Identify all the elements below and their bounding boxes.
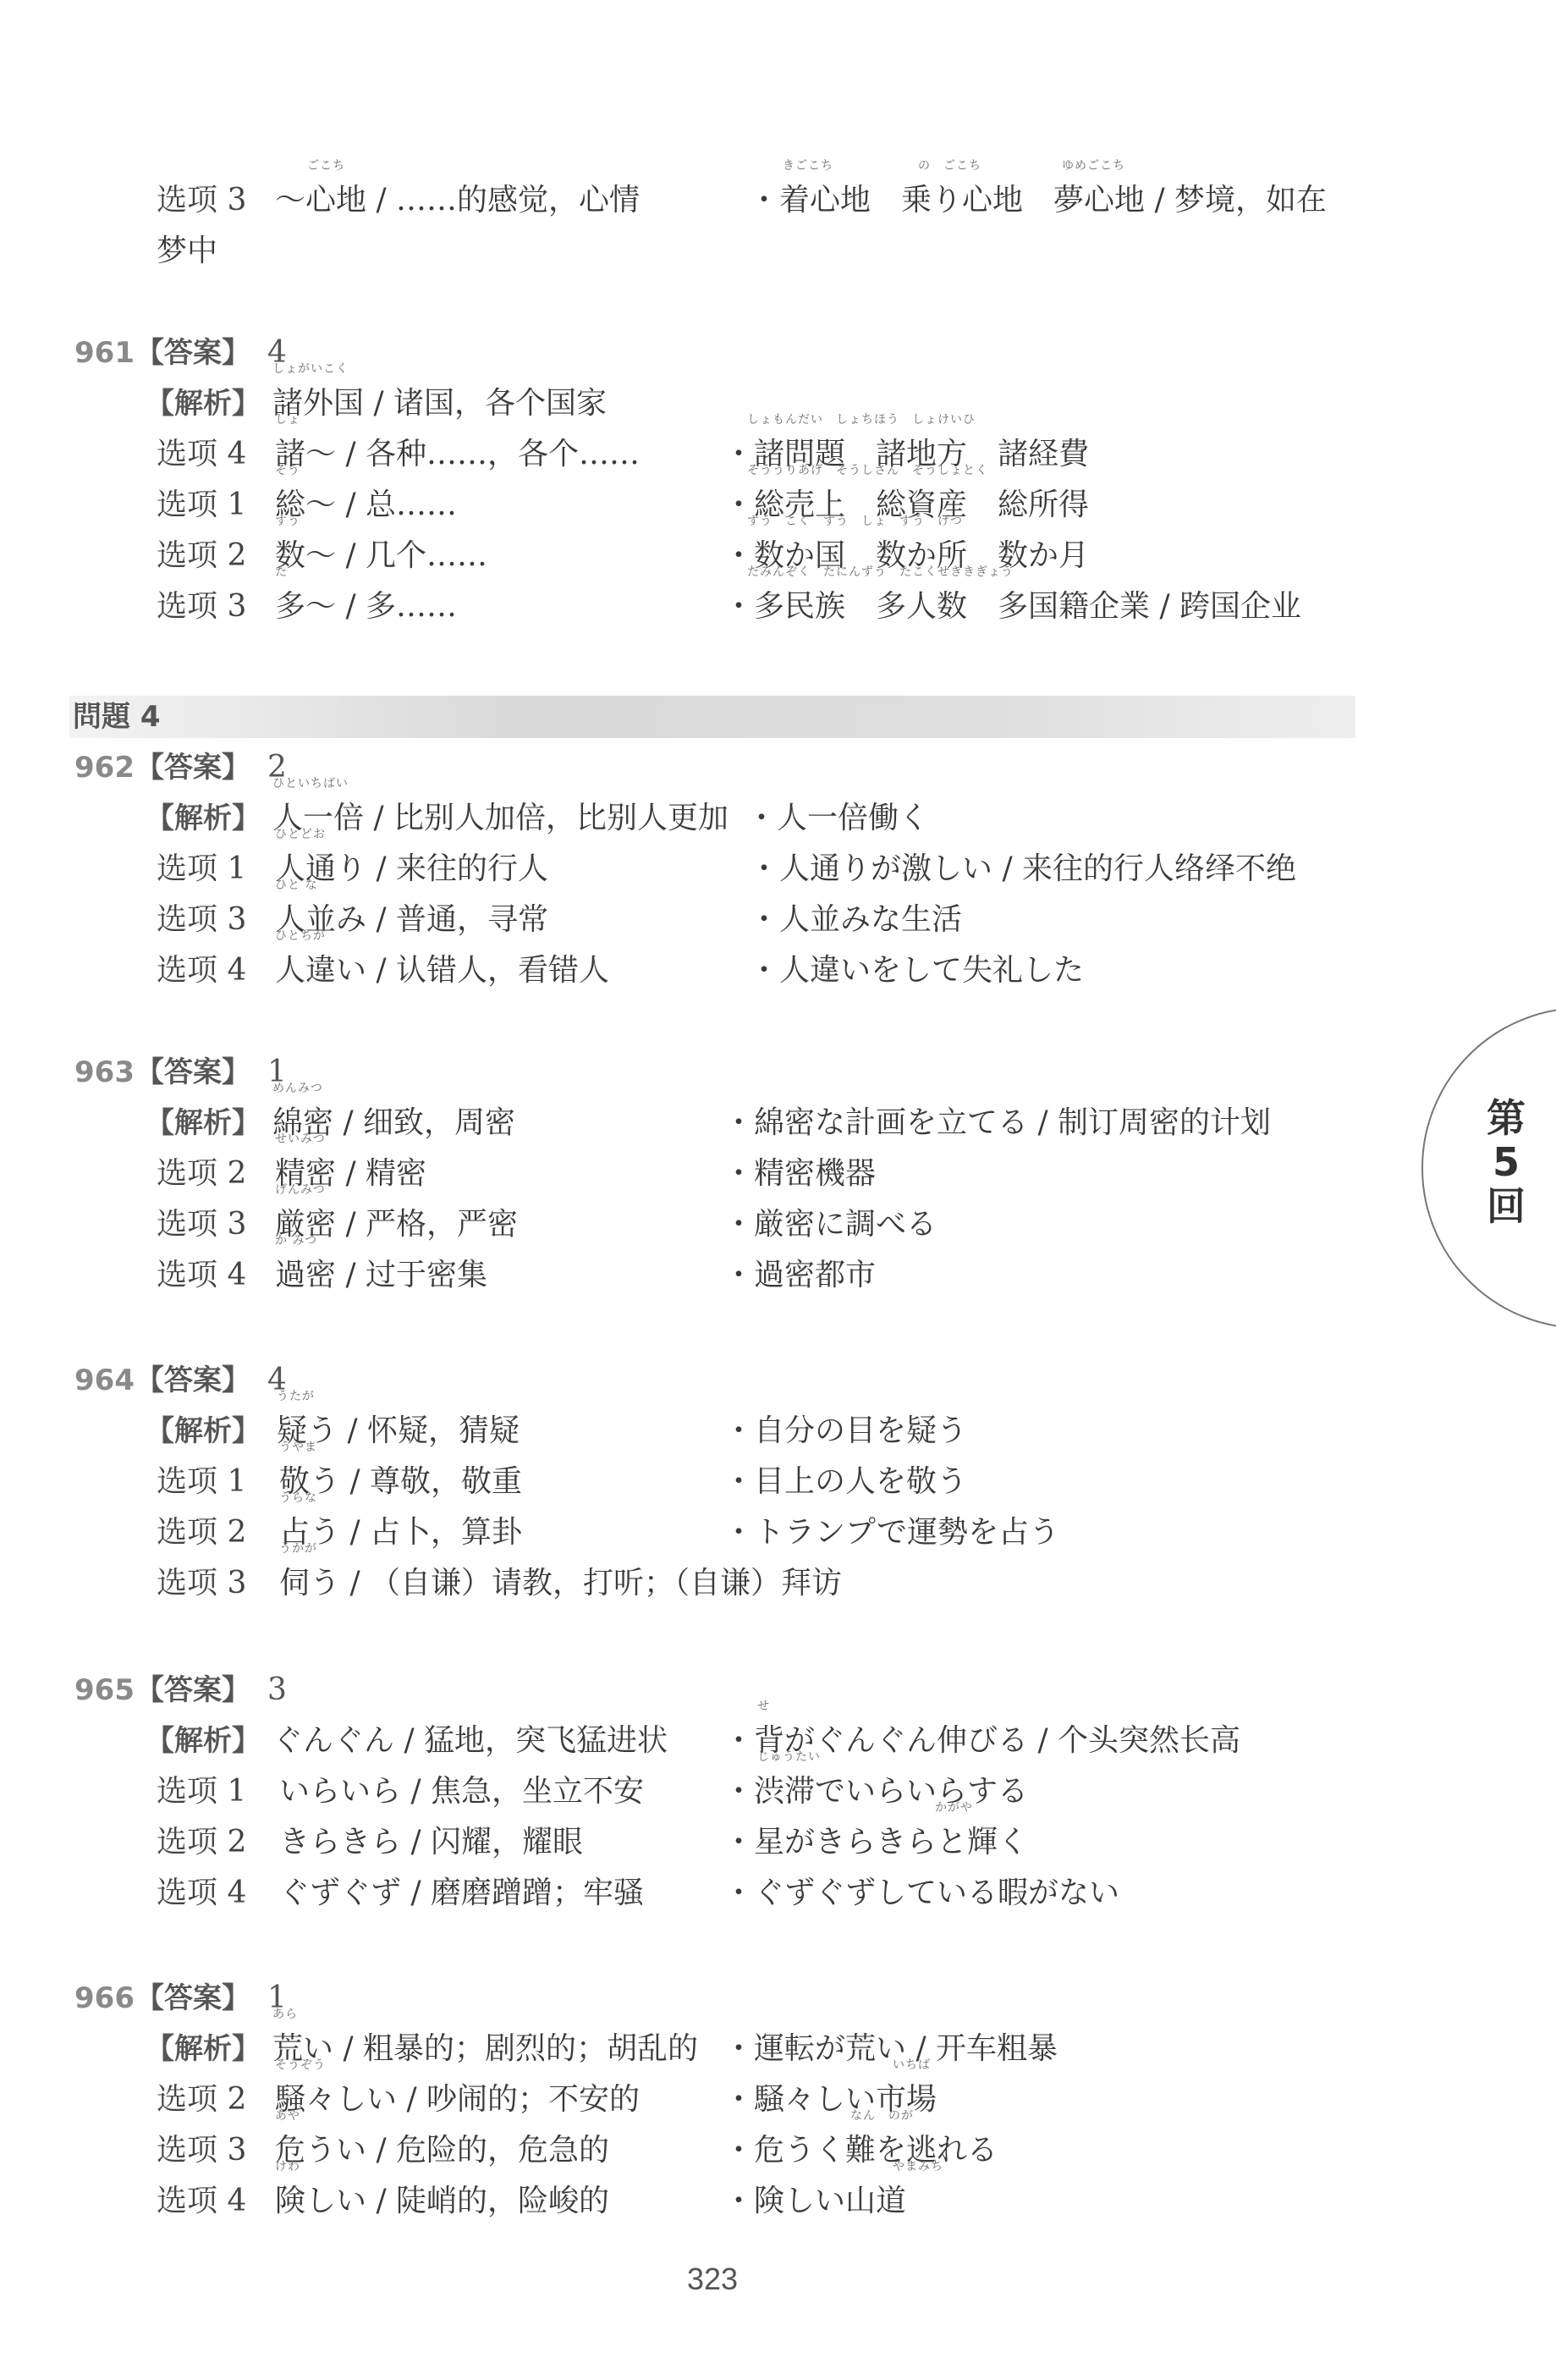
option-example: たみんぞく たにんずう たこくせききぎょう・多民族 多人数 多国籍企業 / 跨国…	[723, 581, 1301, 633]
ruby-reading: あら	[272, 2008, 298, 2021]
answer-value: 3	[267, 1664, 287, 1716]
option-label: 选项 4	[157, 2175, 246, 2228]
option-row: 选项 1 いらいら / 焦急，坐立不安 じゅうたい・渋滞でいらいらする	[157, 1766, 1375, 1818]
option-example: ・精密機器	[723, 1148, 876, 1200]
term-text: 数～ / 几个……	[275, 538, 487, 573]
example-text: ・星がきらきらと輝く	[723, 1825, 1028, 1859]
option-label: 选项 4	[157, 945, 246, 997]
option-label: 选项 1	[157, 479, 246, 532]
example-text: ・危うく難を逃れる	[723, 2133, 998, 2168]
ruby-reading: やまみち	[893, 2160, 943, 2173]
answer-label: 【答案】	[135, 1354, 250, 1407]
option-label: 选项 2	[157, 1148, 246, 1200]
option-term: けわ険しい / 陡峭的，险峻的	[275, 2175, 609, 2228]
option-row: 选项 2 せいみつ精密 / 精密 ・精密機器	[157, 1148, 1375, 1200]
ruby-reading: ひといちばい	[272, 777, 349, 791]
ruby-reading: かがや	[935, 1801, 973, 1815]
option-term: か みつ過密 / 过于密集	[275, 1249, 487, 1302]
chapter-label-line: 第	[1481, 1096, 1531, 1140]
analysis-term: ひといちばい人一倍 / 比别人加倍，比别人更加	[272, 792, 729, 845]
analysis-label: 【解析】	[146, 1405, 261, 1457]
term-text: 騒々しい / 吵闹的；不安的	[275, 2082, 640, 2117]
option-term: そう総～ / 总……	[275, 479, 457, 532]
analysis-example: ・人一倍働く	[746, 792, 929, 845]
option-row: 选项 4 けわ険しい / 陡峭的，险峻的 やまみち・険しい山道	[157, 2175, 1375, 2228]
option-example: ・目上の人を敬う	[723, 1456, 967, 1508]
ruby-reading: すう	[275, 515, 300, 528]
option-label: 选项 4	[157, 428, 246, 481]
option-label: 选项 3	[157, 894, 246, 946]
example-text: ・多民族 多人数 多国籍企業 / 跨国企业	[723, 589, 1301, 624]
term-text: ～心地 / ……的感觉，心情	[275, 183, 640, 218]
option-term: そうぞう騒々しい / 吵闹的；不安的	[275, 2074, 640, 2126]
option-label: 选项 4	[157, 1249, 246, 1302]
option-label: 选项 2	[157, 2074, 246, 2126]
option-example: やまみち・険しい山道	[723, 2175, 906, 2228]
option-term: ぐずぐず / 磨磨蹭蹭；牢骚	[279, 1867, 644, 1920]
option-row: 选项 3 げんみつ厳密 / 严格，严密 ・厳密に調べる	[157, 1198, 1375, 1251]
ruby-reading: せ	[757, 1700, 770, 1713]
option-row: 选项 2 うらな占う / 占卜，算卦 ・トランプで運勢を占う	[157, 1507, 1375, 1559]
option-label: 选项 2	[157, 1816, 246, 1869]
option-example: なん のが・危うく難を逃れる	[723, 2124, 998, 2177]
ruby-reading: ゆめごこち	[1062, 159, 1125, 173]
ruby-reading: そう	[275, 464, 300, 477]
option-row: 选项 3 あや危うい / 危险的，危急的 なん のが・危うく難を逃れる	[157, 2124, 1375, 2177]
option-example: きごこち の ごこち ゆめごこち ・着心地 乗り心地 夢心地 / 梦境，如在	[749, 174, 1327, 227]
ruby-reading: か みつ	[275, 1234, 317, 1248]
option-example: じゅうたい・渋滞でいらいらする	[723, 1766, 1028, 1818]
example-text: ・着心地 乗り心地 夢心地 / 梦境，如在	[749, 183, 1327, 218]
question-966-analysis: 【解析】 あら荒い / 粗暴的；剧烈的；胡乱的 ・運転が荒い / 开车粗暴	[146, 2023, 1364, 2075]
option-example: ・ぐずぐずしている暇がない	[723, 1867, 1119, 1920]
option-label: 选项 3	[157, 2124, 246, 2177]
option-term: ひとちが人違い / 认错人，看错人	[275, 945, 609, 997]
option-label: 选项 3	[157, 1198, 246, 1251]
analysis-term: しょがいこく 諸外国 / 诸国，各个国家	[272, 377, 607, 430]
ruby-reading: ひとちが	[275, 929, 326, 943]
analysis-example: ・運転が荒い / 开车粗暴	[723, 2023, 1058, 2075]
term-text: 多～ / 多……	[275, 589, 457, 624]
option-term: ごこち ～心地 / ……的感觉，心情	[275, 174, 640, 227]
book-page: 选项 3 ごこち ～心地 / ……的感觉，心情 きごこち の ごこち ゆめごこち…	[0, 0, 1556, 2380]
option-term: いらいら / 焦急，坐立不安	[279, 1766, 644, 1818]
answer-label: 【答案】	[135, 327, 250, 379]
option-example: ・過密都市	[723, 1249, 876, 1302]
option-label: 选项 1	[157, 1766, 246, 1818]
ruby-reading: すう こく すう しょ すう げつ	[747, 515, 963, 528]
chapter-tab: 第 5 回	[1388, 1007, 1556, 1337]
analysis-example: ・綿密な計画を立てる / 制订周密的计划	[723, 1097, 1271, 1149]
ruby-reading: うたが	[277, 1390, 315, 1403]
option-row: 选项 1 ひとどお人通り / 来往的行人 ・人通りが激しい / 来往的行人络绎不…	[157, 843, 1375, 895]
option-label: 选项 2	[157, 1507, 246, 1559]
question-963-analysis: 【解析】 めんみつ綿密 / 细致，周密 ・綿密な計画を立てる / 制订周密的计划	[146, 1097, 1364, 1149]
ruby-reading: めんみつ	[272, 1082, 323, 1095]
ruby-reading: うらな	[279, 1491, 317, 1505]
ruby-reading: じゅうたい	[757, 1750, 821, 1764]
option-label: 选项 1	[157, 843, 246, 895]
ruby-reading: あや	[275, 2109, 300, 2123]
term-text: 人違い / 认错人，看错人	[275, 953, 609, 988]
option-example: ・人通りが激しい / 来往的行人络绎不绝	[749, 843, 1296, 895]
question-number: 962	[74, 741, 135, 794]
analysis-label: 【解析】	[146, 2023, 261, 2075]
ruby-reading: しょ	[275, 413, 300, 427]
continuation-row: 选项 3 ごこち ～心地 / ……的感觉，心情 きごこち の ごこち ゆめごこち…	[157, 174, 1375, 227]
option-label: 选项 4	[157, 1867, 246, 1920]
term-text: 総～ / 总……	[275, 488, 457, 522]
term-text: 人一倍 / 比别人加倍，比别人更加	[272, 801, 729, 835]
chapter-label-line: 5	[1481, 1140, 1531, 1184]
ruby-reading: なん のが	[850, 2109, 914, 2123]
example-text: ・険しい山道	[723, 2184, 906, 2218]
ruby-reading: そううりあげ そうしさん そうしょとく	[747, 464, 988, 477]
option-row: 选项 1 うやま敬う / 尊敬，敬重 ・目上の人を敬う	[157, 1456, 1375, 1508]
question-number: 966	[74, 1972, 135, 2025]
term-text: 諸外国 / 诸国，各个国家	[272, 386, 607, 421]
analysis-term: あら荒い / 粗暴的；剧烈的；胡乱的	[272, 2023, 698, 2075]
option-row: 选项 4 ぐずぐず / 磨磨蹭蹭；牢骚 ・ぐずぐずしている暇がない	[157, 1867, 1375, 1920]
term-text: 険しい / 陡峭的，险峻的	[275, 2184, 609, 2218]
option-row: 选项 2 そうぞう騒々しい / 吵闹的；不安的 いちば・騒々しい市場	[157, 2074, 1375, 2126]
ruby-reading: いちば	[893, 2058, 931, 2072]
term-text: 荒い / 粗暴的；剧烈的；胡乱的	[272, 2031, 698, 2066]
chapter-label-line: 回	[1481, 1184, 1531, 1228]
option-row: 选项 4 か みつ過密 / 过于密集 ・過密都市	[157, 1249, 1375, 1302]
option-label: 选项 3	[157, 174, 246, 227]
term-text: 危うい / 危险的，危急的	[275, 2133, 609, 2168]
ruby-reading: げんみつ	[275, 1183, 326, 1197]
ruby-reading: うやま	[279, 1441, 317, 1454]
option-row: 选项 3 た多～ / 多…… たみんぞく たにんずう たこくせききぎょう・多民族…	[157, 581, 1375, 633]
page-number: 323	[687, 2262, 738, 2297]
analysis-label: 【解析】	[146, 377, 261, 430]
option-example: ・厳密に調べる	[723, 1198, 937, 1251]
option-label: 选项 3	[157, 1557, 246, 1610]
ruby-reading: そうぞう	[275, 2058, 326, 2072]
option-row: 选项 3 うかが伺う / （自谦）请教，打听；（自谦）拜访	[157, 1557, 1375, 1610]
ruby-reading: た	[275, 565, 288, 579]
ruby-reading: ひとどお	[275, 828, 326, 841]
question-964-analysis: 【解析】 うたが疑う / 怀疑，猜疑 ・自分の目を疑う	[146, 1405, 1364, 1457]
option-label: 选项 1	[157, 1456, 246, 1508]
answer-label: 【答案】	[135, 741, 250, 794]
option-term: うかが伺う / （自谦）请教，打听；（自谦）拜访	[279, 1557, 842, 1610]
ruby-reading: ごこち	[307, 159, 345, 173]
option-row: 选项 4 ひとちが人違い / 认错人，看错人 ・人違いをして失礼した	[157, 945, 1375, 997]
option-row: 选项 3 ひと な人並み / 普通，寻常 ・人並みな生活	[157, 894, 1375, 946]
question-number: 963	[74, 1046, 135, 1099]
option-row: 选项 2 きらきら / 闪耀，耀眼 かがや・星がきらきらと輝く	[157, 1816, 1375, 1869]
option-term: すう数～ / 几个……	[275, 530, 487, 582]
option-label: 选项 3	[157, 581, 246, 633]
ruby-reading: きごこち	[783, 159, 833, 173]
analysis-label: 【解析】	[146, 792, 261, 845]
question-962-analysis: 【解析】 ひといちばい人一倍 / 比别人加倍，比别人更加 ・人一倍働く	[146, 792, 1364, 845]
section-title: 問題 4	[73, 694, 161, 740]
option-term: た多～ / 多……	[275, 581, 457, 633]
answer-label: 【答案】	[135, 1972, 250, 2025]
ruby-reading: たみんぞく たにんずう たこくせききぎょう	[747, 565, 1014, 579]
answer-label: 【答案】	[135, 1046, 250, 1099]
ruby-reading: せいみつ	[275, 1132, 326, 1146]
ruby-reading: けわ	[275, 2160, 300, 2173]
ruby-reading: の ごこち	[918, 159, 981, 173]
analysis-example: ・自分の目を疑う	[723, 1405, 967, 1457]
option-term: きらきら / 闪耀，耀眼	[279, 1816, 583, 1869]
ruby-reading: ひと な	[275, 879, 317, 892]
analysis-label: 【解析】	[146, 1097, 261, 1149]
ruby-reading: しょがいこく	[272, 362, 349, 376]
example-text: ・渋滞でいらいらする	[723, 1774, 1028, 1809]
term-text: 伺う / （自谦）请教，打听；（自谦）拜访	[279, 1566, 842, 1600]
option-term: しょ諸～ / 各种……，各个……	[275, 428, 640, 481]
section-header-band	[69, 696, 1355, 738]
answer-label: 【答案】	[135, 1664, 250, 1716]
question-number: 965	[74, 1664, 135, 1716]
term-text: 諸～ / 各种……，各个……	[275, 437, 640, 471]
analysis-term: ぐんぐん / 猛地，突飞猛进状	[272, 1715, 668, 1767]
option-example: ・トランプで運勢を占う	[723, 1507, 1059, 1559]
question-965-analysis: 【解析】 ぐんぐん / 猛地，突飞猛进状 せ・背がぐんぐん伸びる / 个头突然长…	[146, 1715, 1364, 1767]
ruby-reading: しょもんだい しょちほう しょけいひ	[747, 413, 976, 427]
option-label: 选项 2	[157, 530, 246, 582]
term-text: 過密 / 过于密集	[275, 1258, 487, 1292]
option-example: ・人並みな生活	[749, 894, 962, 946]
analysis-label: 【解析】	[146, 1715, 261, 1767]
question-number: 964	[74, 1354, 135, 1407]
ruby-reading: うかが	[279, 1542, 317, 1556]
option-example: ・人違いをして失礼した	[749, 945, 1084, 997]
option-term: あや危うい / 危险的，危急的	[275, 2124, 609, 2177]
question-number: 961	[74, 327, 135, 379]
option-example: かがや・星がきらきらと輝く	[723, 1816, 1028, 1869]
chapter-label: 第 5 回	[1481, 1096, 1531, 1228]
wrapped-text: 梦中	[157, 225, 217, 278]
